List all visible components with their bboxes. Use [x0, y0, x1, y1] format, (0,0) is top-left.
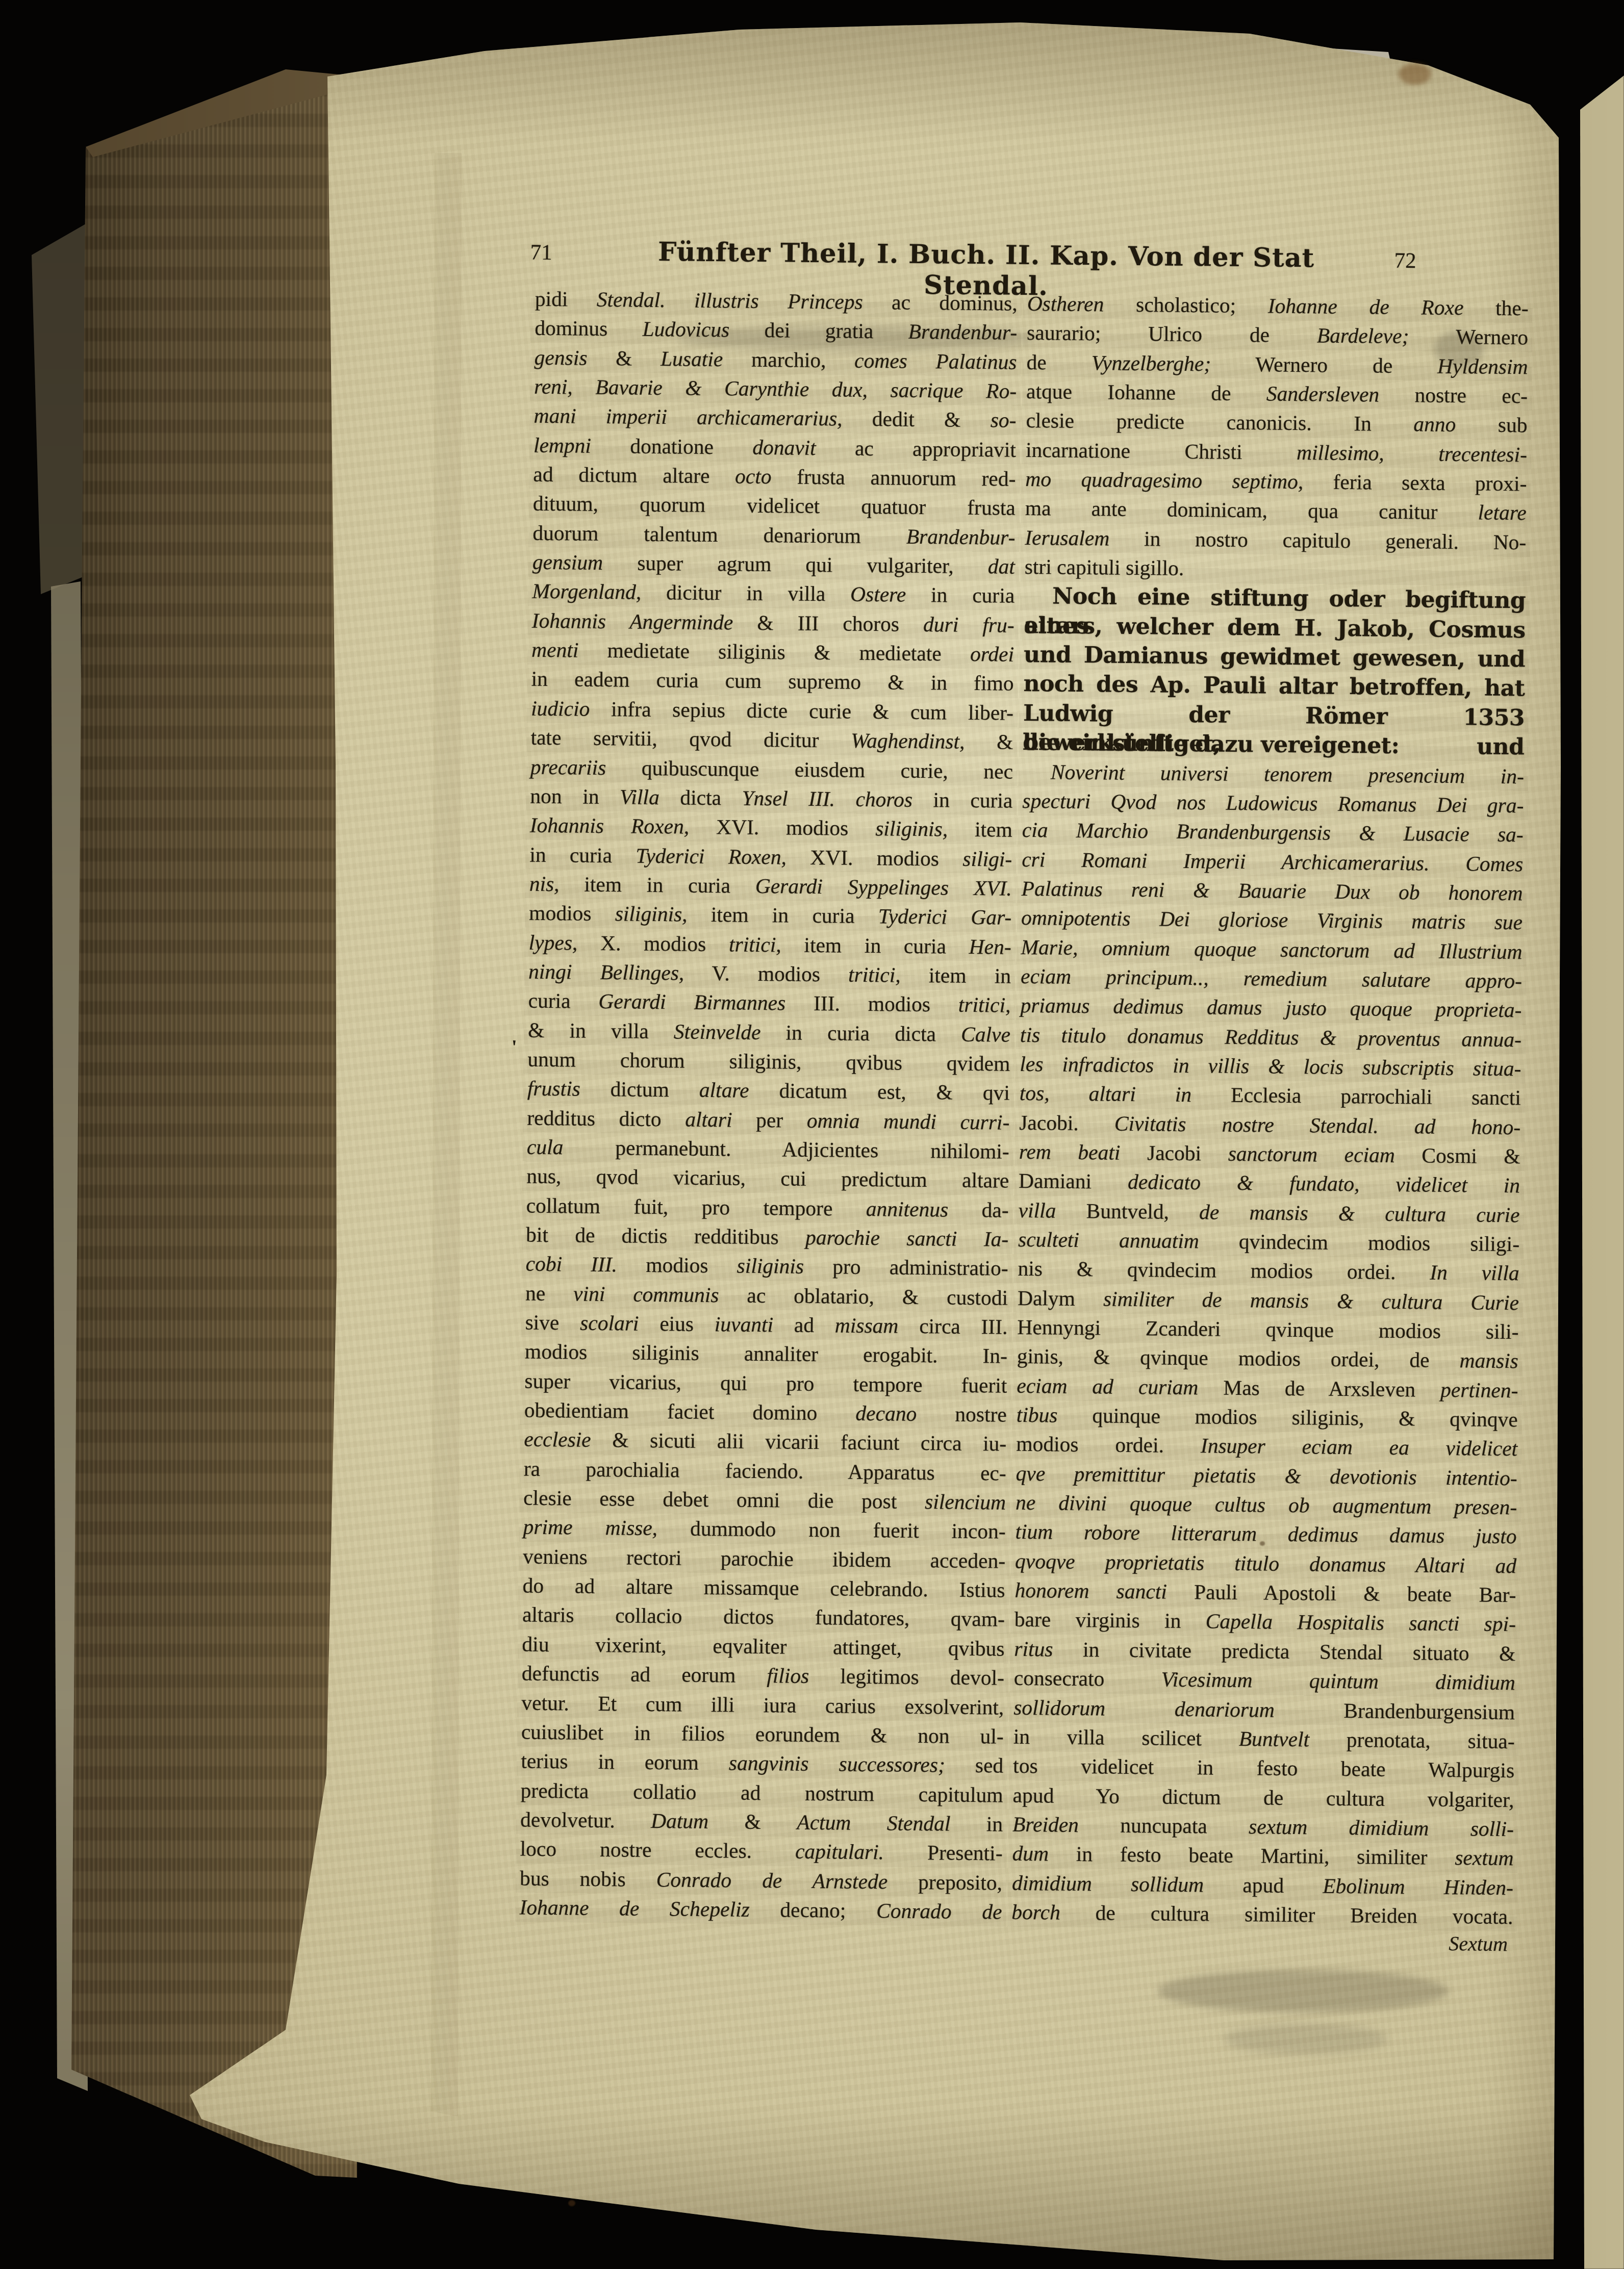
text-line: sculteti annuatim qvindecim modios silig…	[1018, 1225, 1520, 1259]
text-line: Iohannis Roxen, XVI. modios siliginis, i…	[530, 811, 1013, 845]
text-line: apud Yo dictum de cultura volgariter,	[1012, 1780, 1514, 1815]
text-line: ad dictum altare octo frusta annuorum re…	[533, 460, 1016, 494]
text-line: clesie esse debet omni die post silenciu…	[523, 1484, 1006, 1517]
text-line: Ludwig der Römer 1353 bewerkstelliget, u…	[1023, 699, 1525, 733]
text-line: cia Marchio Brandenburgensis & Lusacie s…	[1022, 815, 1524, 850]
text-line: vetur. Et cum illi iura carius exsolveri…	[521, 1688, 1004, 1722]
text-line: Marie, omnium quoque sanctorum ad Illust…	[1021, 932, 1523, 966]
text-line: Breiden nuncupata sextum dimidium solli-	[1012, 1810, 1514, 1844]
text-line: saurario; Ulrico de Bardeleve; Wernero	[1027, 318, 1529, 352]
text-line: ecclesie & sicuti alii vicarii faciunt c…	[524, 1425, 1007, 1459]
text-line: non in Villa dicta Ynsel III. choros in …	[530, 782, 1013, 815]
catchword: Sextum	[1011, 1927, 1508, 1956]
text-line: Hennyngi Zcanderi qvinque modios sili-	[1017, 1313, 1519, 1347]
text-line: menti medietate siliginis & medietate or…	[531, 635, 1014, 669]
text-line: ne vini communis ac oblatario, & custodi	[525, 1279, 1008, 1312]
text-line: devolvetur. Datum & Actum Stendal in	[520, 1805, 1003, 1839]
text-line: pidi Stendal. illustris Princeps ac domi…	[535, 285, 1018, 318]
text-line: dominus Ludovicus dei gratia Brandenbur-	[535, 314, 1018, 347]
text-line: omnipotentis Dei gloriose Virginis matri…	[1021, 903, 1523, 937]
text-line: lempni donatione donavit ac appropriavit	[534, 430, 1017, 464]
page-number-left: 71	[530, 240, 591, 266]
text-line: Jacobi. Civitatis nostre Stendal. ad hon…	[1019, 1108, 1521, 1142]
text-line: gensis & Lusatie marchio, comes Palatinu…	[534, 343, 1017, 376]
text-line: ma ante dominicam, qua canitur letare	[1025, 494, 1527, 528]
text-line: clesie predicte canonicis. In anno sub	[1026, 406, 1528, 440]
text-line: ra parochialia faciendo. Apparatus ec-	[524, 1454, 1007, 1488]
text-line: Morgenland, dicitur in villa Ostere in c…	[532, 577, 1015, 610]
text-line: ningi Bellinges, V. modios tritici, item…	[528, 957, 1011, 991]
text-line: modios siliginis annaliter erogabit. In-	[525, 1337, 1008, 1371]
text-line: bus nobis Conrado de Arnstede preposito,	[520, 1864, 1003, 1897]
text-line: atque Iohanne de Sandersleven nostre ec-	[1026, 377, 1528, 411]
text-line: tium robore litterarum dedimus damus jus…	[1015, 1517, 1517, 1551]
text-line: cri Romani Imperii Archicamerarius. Come…	[1022, 845, 1524, 879]
text-line: modios ordei. Insuper eciam ea videlicet	[1016, 1430, 1518, 1464]
text-line: frustis dictum altare dicatum est, & qvi	[527, 1074, 1010, 1108]
text-line: specturi Qvod nos Ludowicus Romanus Dei …	[1022, 786, 1524, 821]
text-line: tis titulo donamus Redditus & proventus …	[1020, 1020, 1522, 1054]
text-line: in curia Tyderici Roxen, XVI. modios sil…	[529, 840, 1012, 874]
text-line: lypes, X. modios tritici, item in curia …	[528, 928, 1011, 961]
text-line: sollidorum denariorum Brandenburgensium	[1013, 1693, 1515, 1727]
text-line: eciam principum.., remedium salutare app…	[1021, 962, 1523, 996]
text-line: curia Gerardi Birmannes III. modios trit…	[528, 986, 1011, 1020]
text-line: super vicarius, qui pro tempore fuerit	[524, 1366, 1007, 1400]
text-line: in villa scilicet Buntvelt prenotata, si…	[1013, 1722, 1515, 1756]
text-line: altars, welcher dem H. Jakob, Cosmus	[1024, 611, 1526, 645]
text-line: eciam ad curiam Mas de Arxsleven pertine…	[1017, 1371, 1518, 1406]
text-line: honorem sancti Pauli Apostoli & beate Ba…	[1014, 1576, 1516, 1610]
text-line: stri capituli sigillo.	[1025, 552, 1527, 587]
text-line: unum chorum siliginis, qvibus qvidem	[527, 1045, 1010, 1079]
text-line: Ostheren scholastico; Iohanne de Roxe th…	[1027, 289, 1529, 323]
text-line: loco nostre eccles. capitulari. Presenti…	[520, 1834, 1003, 1868]
text-line: redditus dicto altari per omnia mundi cu…	[527, 1103, 1010, 1137]
text-line: noch des Ap. Pauli altar betroffen, hat	[1023, 669, 1525, 703]
page-number-right: 72	[1381, 248, 1529, 275]
text-line: tos videlicet in festo beate Walpurgis	[1013, 1751, 1515, 1786]
right-column: Ostheren scholastico; Iohanne de Roxe th…	[1011, 289, 1529, 1932]
text-line: & in villa Steinvelde in curia dicta Cal…	[528, 1015, 1011, 1049]
margin-mark: '	[512, 1035, 518, 1059]
stain-spot	[568, 2200, 575, 2206]
text-line: do ad altare missamque celebrando. Istiu…	[522, 1571, 1005, 1605]
text-line: bit de dictis redditibus parochie sancti…	[526, 1220, 1009, 1254]
text-line: dimidium sollidum apud Ebolinum Hinden-	[1012, 1868, 1514, 1902]
text-line: ritus in civitate predicta Stendal situa…	[1014, 1635, 1516, 1669]
text-line: dituum, quorum videlicet quatuor frusta	[533, 489, 1016, 523]
page-header: 71 Fünfter Theil, I. Buch. II. Kap. Von …	[530, 236, 1529, 292]
text-line: diu vixerint, eqvaliter attinget, qvibus	[522, 1629, 1005, 1663]
text-line: tibus quinque modios siliginis, & qvinqv…	[1017, 1400, 1518, 1435]
text-line: und Damianus gewidmet gewesen, und	[1024, 640, 1526, 674]
text-line: collatum fuit, pro tempore annitenus da-	[526, 1191, 1009, 1225]
text-line: Damiani dedicato & fundato, videlicet in	[1019, 1166, 1520, 1201]
text-line: borch de cultura similiter Breiden vocat…	[1011, 1898, 1513, 1932]
text-line: duorum talentum denariorum Brandenbur-	[532, 518, 1016, 552]
book-photo: { "page": { "header": { "left_page_numbe…	[0, 0, 1624, 2269]
text-line: precariis quibuscunque eiusdem curie, ne…	[530, 752, 1013, 786]
text-line: nis, item in curia Gerardi Syppelinges X…	[529, 870, 1012, 903]
text-line: les infradictos in villis & locis subscr…	[1020, 1050, 1521, 1084]
text-line: die einkünfte dazu vereigenet:	[1023, 728, 1525, 762]
text-line: sive scolari eius iuvanti ad missam circ…	[525, 1308, 1008, 1342]
text-line: qve premittitur pietatis & devotionis in…	[1016, 1459, 1517, 1493]
left-column: pidi Stendal. illustris Princeps ac domi…	[519, 285, 1018, 1927]
text-line: villa Buntveld, de mansis & cultura curi…	[1018, 1196, 1520, 1230]
text-line: Iohanne de Schepeliz decano; Conrado de	[519, 1893, 1002, 1926]
text-line: qvoqve proprietatis titulo donamus Altar…	[1015, 1547, 1517, 1581]
text-line: Noch eine stiftung oder begiftung eines	[1024, 581, 1526, 616]
text-line: defunctis ad eorum filios legitimos devo…	[522, 1659, 1005, 1693]
text-line: mo quadragesimo septimo, feria sexta pro…	[1025, 465, 1527, 499]
text-line: mani imperii archicamerarius, dedit & so…	[534, 401, 1017, 435]
text-line: nus, qvod vicarius, cui predictum altare	[526, 1162, 1009, 1195]
text-line: tos, altari in Ecclesia parrochiali sanc…	[1020, 1079, 1521, 1113]
text-line: cuiuslibet in filios eorundem & non ul-	[521, 1717, 1004, 1751]
text-line: Ierusalem in nostro capitulo generali. N…	[1025, 523, 1527, 557]
text-line: incarnatione Christi millesimo, trecente…	[1026, 436, 1528, 470]
text-line: predicta collatio ad nostrum capitulum	[520, 1776, 1003, 1809]
text-line: altaris collacio dictos fundatores, qvam…	[522, 1600, 1005, 1634]
text-line: dum in festo beate Martini, similiter se…	[1012, 1839, 1514, 1873]
text-line: terius in eorum sangvinis successores; s…	[521, 1747, 1004, 1780]
text-line: iudicio infra sepius dicte curie & cum l…	[531, 694, 1014, 727]
text-line: rem beati Jacobi sanctorum eciam Cosmi &	[1019, 1137, 1521, 1171]
text-line: cula permanebunt. Adjicientes nihilomi-	[527, 1133, 1010, 1166]
text-line: priamus dedimus damus justo quoque propr…	[1020, 991, 1522, 1025]
text-line: reni, Bavarie & Carynthie dux, sacrique …	[534, 372, 1017, 406]
text-line: ne divini quoque cultus ob augmentum pre…	[1016, 1488, 1517, 1522]
text-line: in eadem curia cum supremo & in fimo	[531, 665, 1014, 698]
text-line: de Vynzelberghe; Wernero de Hyldensim	[1026, 348, 1528, 382]
text-line: Iohannis Angerminde & III choros duri fr…	[531, 606, 1014, 640]
text-line: veniens rectori parochie ibidem acceden-	[523, 1542, 1006, 1575]
text-line: gensium super agrum qui vulgariter, dat	[532, 548, 1016, 581]
page-text: 71 Fünfter Theil, I. Buch. II. Kap. Von …	[530, 236, 1529, 292]
text-line: Noverint universi tenorem presencium in-	[1023, 757, 1525, 791]
text-line: cobi III. modios siliginis pro administr…	[525, 1250, 1008, 1283]
text-line: tate servitii, qvod dicitur Waghendinst,…	[530, 723, 1013, 757]
text-line: obedientiam faciet domino decano nostre	[524, 1396, 1007, 1430]
text-line: ginis, & qvinque modios ordei, de mansis	[1017, 1342, 1519, 1376]
text-line: bare virginis in Capella Hospitalis sanc…	[1014, 1605, 1516, 1639]
text-line: modios siliginis, item in curia Tyderici…	[529, 899, 1012, 932]
text-line: Palatinus reni & Bauarie Dux ob honorem	[1021, 874, 1523, 908]
text-line: consecrato Vicesimum quintum dimidium	[1014, 1664, 1516, 1698]
text-line: Dalym similiter de mansis & cultura Curi…	[1018, 1284, 1519, 1318]
text-line: nis & qvindecim modios ordei. In villa	[1018, 1254, 1519, 1288]
text-line: prime misse, dummodo non fuerit incon-	[523, 1513, 1006, 1546]
